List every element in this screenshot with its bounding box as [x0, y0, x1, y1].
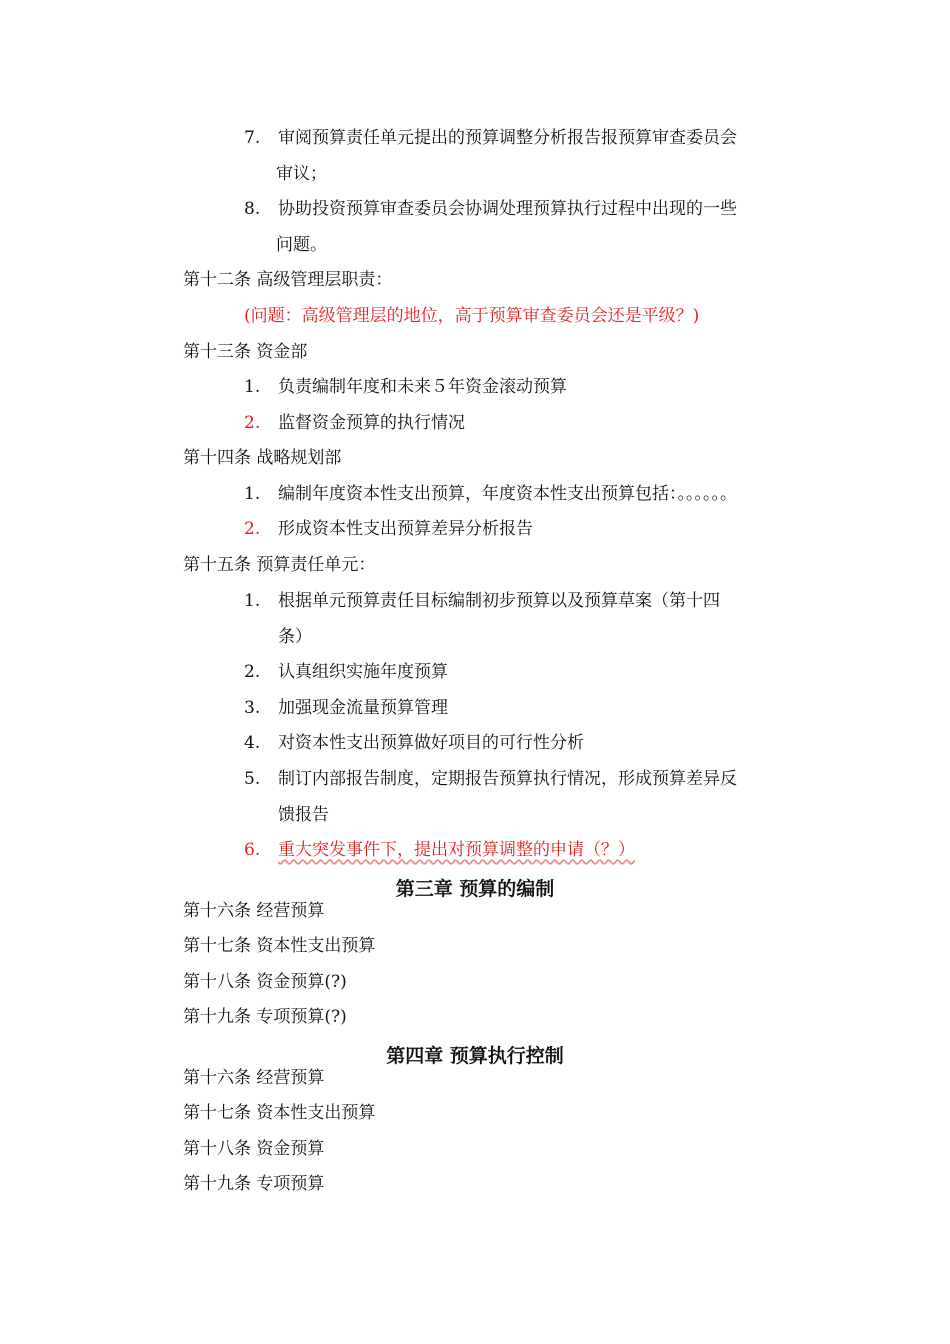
article-heading: 第十八条 资金预算(?): [183, 972, 347, 992]
chapter-title: 第三章 预算的编制: [0, 874, 950, 901]
item-text: 制订内部报告制度，定期报告预算执行情况，形成预算差异反: [278, 769, 737, 789]
item-number: 7.: [244, 128, 278, 148]
list-item: 2.监督资金预算的执行情况: [244, 413, 465, 433]
article-heading: 第十六条 经营预算: [183, 1068, 324, 1088]
document-page: 7.审阅预算责任单元提出的预算调整分析报告报预算审查委员会 审议； 8.协助投资…: [0, 0, 950, 1344]
article-heading: 第十四条 战略规划部: [183, 448, 341, 468]
item-continuation: 审议；: [276, 164, 327, 184]
item-continuation: 条）: [278, 627, 312, 647]
item-text: 编制年度资本性支出预算，年度资本性支出预算包括：。。。。。。: [278, 484, 737, 504]
item-text: 认真组织实施年度预算: [278, 662, 448, 682]
item-text: 根据单元预算责任目标编制初步预算以及预算草案（第十四: [278, 591, 720, 611]
item-number: 6.: [244, 840, 278, 860]
item-number: 1.: [244, 377, 278, 397]
item-number: 4.: [244, 733, 278, 753]
article-heading: 第十三条 资金部: [183, 342, 307, 362]
item-text: 协助投资预算审查委员会协调处理预算执行过程中出现的一些: [278, 199, 737, 219]
list-item: 4.对资本性支出预算做好项目的可行性分析: [244, 733, 584, 753]
item-text: 对资本性支出预算做好项目的可行性分析: [278, 733, 584, 753]
item-continuation: 问题。: [276, 235, 327, 255]
article-heading: 第十二条 高级管理层职责：: [183, 270, 392, 290]
annotation-note: (问题：高级管理层的地位，高于预算审查委员会还是平级？): [244, 306, 699, 326]
article-heading: 第十五条 预算责任单元：: [183, 555, 375, 575]
list-item: 1.负责编制年度和未来５年资金滚动预算: [244, 377, 567, 397]
article-heading: 第十七条 资本性支出预算: [183, 1103, 375, 1123]
list-item: 2.认真组织实施年度预算: [244, 662, 448, 682]
article-heading: 第十九条 专项预算: [183, 1174, 324, 1194]
article-heading: 第十九条 专项预算(?): [183, 1007, 347, 1027]
item-number: 2.: [244, 413, 278, 433]
list-item: 2.形成资本性支出预算差异分析报告: [244, 519, 533, 539]
list-item: 3.加强现金流量预算管理: [244, 698, 448, 718]
item-text: 加强现金流量预算管理: [278, 698, 448, 718]
list-item: 8.协助投资预算审查委员会协调处理预算执行过程中出现的一些: [244, 199, 737, 219]
article-heading: 第十八条 资金预算: [183, 1139, 324, 1159]
item-number: 2.: [244, 519, 278, 539]
chapter-title: 第四章 预算执行控制: [0, 1041, 950, 1068]
list-item: 7.审阅预算责任单元提出的预算调整分析报告报预算审查委员会: [244, 128, 737, 148]
item-text: 监督资金预算的执行情况: [278, 413, 465, 433]
item-text: 负责编制年度和未来５年资金滚动预算: [278, 377, 567, 397]
list-item: 1.编制年度资本性支出预算，年度资本性支出预算包括：。。。。。。: [244, 484, 737, 504]
item-number: 1.: [244, 591, 278, 611]
item-number: 3.: [244, 698, 278, 718]
item-text: 重大突发事件下，提出对预算调整的申请（？）: [278, 840, 635, 860]
article-heading: 第十七条 资本性支出预算: [183, 936, 375, 956]
item-text: 审阅预算责任单元提出的预算调整分析报告报预算审查委员会: [278, 128, 737, 148]
list-item-flagged: 6.重大突发事件下，提出对预算调整的申请（？）: [244, 840, 635, 860]
item-text: 形成资本性支出预算差异分析报告: [278, 519, 533, 539]
list-item: 5.制订内部报告制度，定期报告预算执行情况，形成预算差异反: [244, 769, 737, 789]
item-number: 1.: [244, 484, 278, 504]
list-item: 1.根据单元预算责任目标编制初步预算以及预算草案（第十四: [244, 591, 720, 611]
item-continuation: 馈报告: [278, 805, 329, 825]
article-heading: 第十六条 经营预算: [183, 901, 324, 921]
item-number: 8.: [244, 199, 278, 219]
item-number: 2.: [244, 662, 278, 682]
item-number: 5.: [244, 769, 278, 789]
